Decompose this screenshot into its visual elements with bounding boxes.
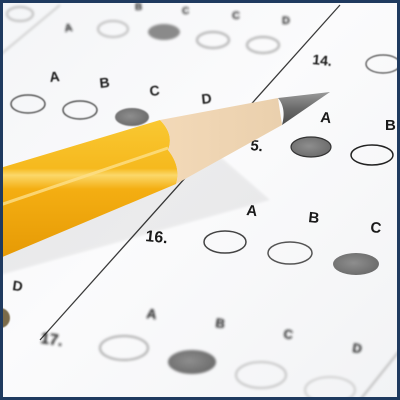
pencil <box>3 92 330 275</box>
svg-text:A: A <box>49 68 61 85</box>
photo-scene: A B C C D A B C D 14. A B <box>3 3 397 397</box>
svg-text:A: A <box>146 305 158 322</box>
svg-text:17.: 17. <box>39 330 63 350</box>
svg-text:C: C <box>149 82 161 99</box>
svg-text:C: C <box>232 10 240 22</box>
svg-text:B: B <box>99 74 111 91</box>
svg-text:A: A <box>320 109 333 127</box>
answer-sheet-photo: A B C C D A B C D 14. A B <box>0 0 400 400</box>
column-divider-top-left <box>3 5 60 55</box>
svg-text:B: B <box>215 315 226 331</box>
svg-text:D: D <box>282 15 290 27</box>
svg-text:B: B <box>385 117 396 134</box>
svg-text:B: B <box>308 209 321 227</box>
svg-text:C: C <box>370 219 383 237</box>
question-14: 14. <box>312 51 397 73</box>
question-row-top: A B C C D <box>7 3 290 53</box>
svg-text:D: D <box>201 90 213 107</box>
question-row-left-bottom: D <box>3 277 24 328</box>
svg-text:C: C <box>182 6 189 17</box>
svg-text:C: C <box>283 326 295 342</box>
svg-text:14.: 14. <box>312 51 333 69</box>
question-17: A B C D 17. <box>39 305 363 397</box>
svg-text:D: D <box>12 277 24 294</box>
column-divider-bottom-right <box>360 350 397 397</box>
svg-text:D: D <box>352 340 363 356</box>
svg-text:A: A <box>64 22 74 35</box>
svg-text:B: B <box>135 3 142 13</box>
